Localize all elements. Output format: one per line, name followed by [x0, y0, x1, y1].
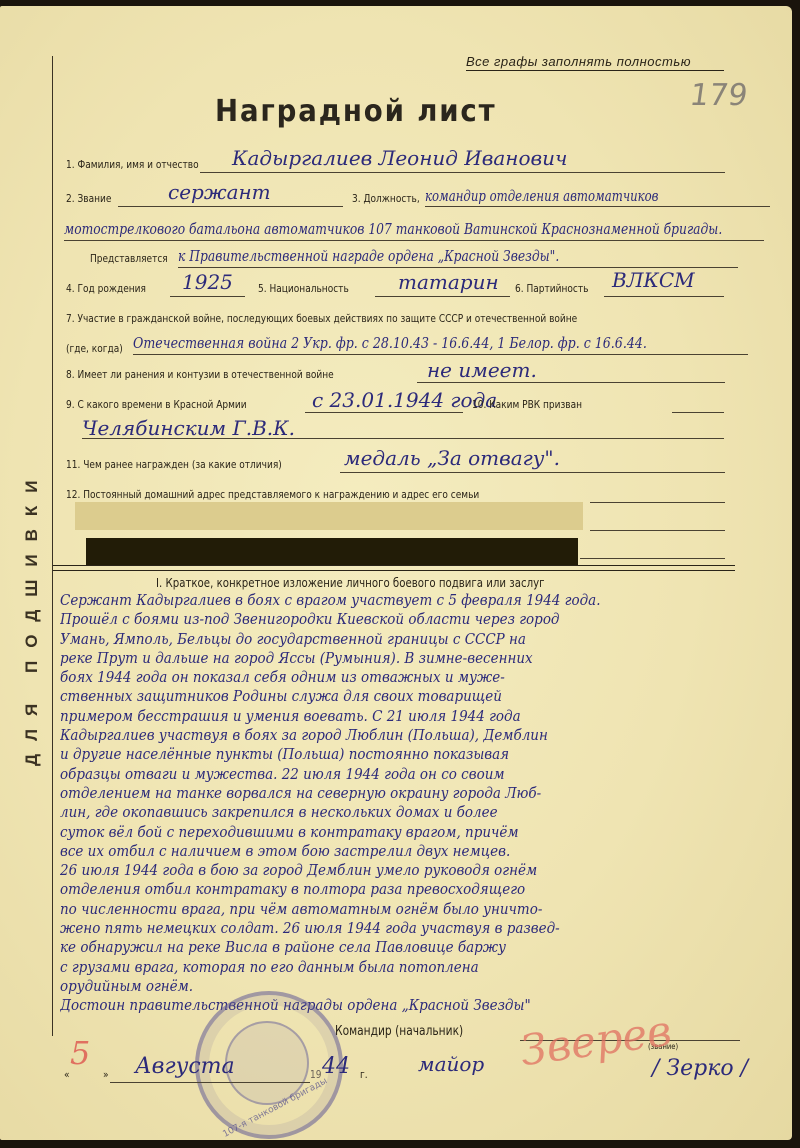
field-5-line — [375, 296, 510, 297]
field-3-continuation-line — [64, 240, 764, 241]
field-3-label: 3. Должность, — [352, 192, 420, 205]
narrative-line: примером бесстрашия и умения воевать. С … — [60, 708, 748, 727]
field-11-label: 11. Чем ранее награжден (за какие отличи… — [66, 458, 282, 471]
narrative-line: 26 июля 1944 года в бою за город Демблин… — [60, 862, 748, 881]
field-11-line — [340, 472, 725, 473]
narrative-line: и другие населённые пункты (Польша) пост… — [60, 746, 748, 765]
narrative-line: орудийным огнём. — [60, 978, 748, 997]
margin-line — [52, 56, 53, 1036]
narrative-line: суток вёл бой с переходившими в контрата… — [60, 824, 748, 843]
side-margin-text: ДЛЯ ПОДШИВКИ — [22, 468, 42, 766]
field-1-label: 1. Фамилия, имя и отчество — [66, 158, 199, 171]
field-9-line — [305, 412, 463, 413]
field-4-line — [170, 296, 245, 297]
narrative-line: реке Прут и дальше на город Яссы (Румыни… — [60, 650, 748, 669]
narrative-line: образцы отваги и мужества. 22 июля 1944 … — [60, 766, 748, 785]
field-7-line — [133, 354, 748, 355]
field-8-label: 8. Имеет ли ранения и контузии в отечест… — [66, 368, 334, 381]
date-month: Августа — [135, 1054, 235, 1079]
field-10-label: 10. Каким РВК призван — [472, 398, 582, 411]
page-title: Наградной лист — [215, 94, 496, 129]
field-7-label-2: (где, когда) — [66, 342, 123, 355]
narrative-line: отделения отбил контратаку в полтора раз… — [60, 881, 748, 900]
field-7-value: Отечественная война 2 Укр. фр. с 28.10.4… — [133, 334, 647, 352]
field-9-value: с 23.01.1944 года — [312, 388, 497, 412]
section-divider — [53, 565, 735, 571]
narrative-line: с грузами врага, которая по его данным б… — [60, 959, 748, 978]
field-8-value: не имеет. — [427, 358, 537, 382]
narrative-line: жено пять немецких солдат. 26 июля 1944 … — [60, 920, 748, 939]
presented-value: к Правительственной награде ордена „Крас… — [178, 247, 559, 265]
redacted-address-dark — [86, 538, 578, 565]
commander-rank: майор — [418, 1052, 484, 1076]
narrative-line: Кадыргалиев участвуя в боях за город Люб… — [60, 727, 748, 746]
field-3-continuation: мотострелкового батальона автоматчиков 1… — [64, 220, 722, 238]
field-4-value: 1925 — [182, 270, 233, 294]
field-11-value: медаль „За отвагу". — [344, 446, 560, 470]
narrative-line: ке обнаружил на реке Висла в районе села… — [60, 939, 748, 958]
field-8-line — [417, 382, 725, 383]
narrative-line: по численности врага, при чём автоматным… — [60, 901, 748, 920]
award-sheet-page: ДЛЯ ПОДШИВКИ Все графы заполнять полност… — [0, 6, 792, 1140]
field-12-line-2 — [590, 530, 725, 531]
fill-notice: Все графы заполнять полностью — [466, 54, 724, 71]
field-6-line — [604, 296, 724, 297]
narrative-line: Умань, Ямполь, Бельцы до государственной… — [60, 631, 748, 650]
field-10-value: Челябинским Г.В.К. — [82, 416, 295, 440]
field-6-label: 6. Партийность — [515, 282, 588, 295]
date-year-prefix: 19 — [310, 1068, 321, 1081]
date-open-quote: « — [64, 1068, 70, 1081]
field-2-label: 2. Звание — [66, 192, 111, 205]
field-12-label: 12. Постоянный домашний адрес представля… — [66, 488, 479, 501]
field-4-label: 4. Год рождения — [66, 282, 146, 295]
field-3-line — [425, 206, 770, 207]
archive-number: 179 — [688, 78, 750, 113]
narrative-line: лин, где окопавшись закрепился в несколь… — [60, 804, 748, 823]
date-suffix: г. — [360, 1068, 368, 1081]
field-10-continuation-line — [82, 438, 724, 439]
date-close-quote: » — [103, 1068, 109, 1081]
field-1-value: Кадыргалиев Леонид Иванович — [232, 146, 568, 170]
commander-signature: / Зерко / — [652, 1056, 748, 1081]
field-6-value: ВЛКСМ — [612, 268, 695, 292]
field-1-line — [200, 172, 725, 173]
field-5-value: татарин — [398, 270, 499, 294]
date-year: 44 — [322, 1054, 350, 1079]
field-5-label: 5. Национальность — [258, 282, 349, 295]
section-title: I. Краткое, конкретное изложение личного… — [156, 576, 545, 590]
presented-label: Представляется — [90, 252, 168, 265]
narrative-line: ственных защитников Родины служа для сво… — [60, 688, 748, 707]
field-3-value: командир отделения автоматчиков — [425, 187, 658, 205]
field-12-line-3 — [580, 558, 725, 559]
narrative-line: боях 1944 года он показал себя одним из … — [60, 669, 748, 688]
narrative-line: Прошёл с боями из-под Звенигородки Киевс… — [60, 611, 748, 630]
narrative-text: Сержант Кадыргалиев в боях с врагом учас… — [60, 592, 800, 1017]
field-2-line — [118, 206, 343, 207]
field-10-line — [672, 412, 724, 413]
field-7-label: 7. Участие в гражданской войне, последую… — [66, 312, 577, 325]
narrative-line: все их отбил с наличием в этом бою застр… — [60, 843, 748, 862]
date-line — [110, 1082, 310, 1083]
field-9-label: 9. С какого времени в Красной Армии — [66, 398, 247, 411]
date-day: 5 — [70, 1034, 90, 1072]
narrative-line: отделением на танке ворвался на северную… — [60, 785, 748, 804]
commander-label: Командир (начальник) — [335, 1024, 463, 1039]
redacted-address-light — [75, 502, 583, 530]
narrative-line: Сержант Кадыргалиев в боях с врагом учас… — [60, 592, 748, 611]
field-2-value: сержант — [168, 180, 271, 204]
field-12-line — [590, 502, 725, 503]
